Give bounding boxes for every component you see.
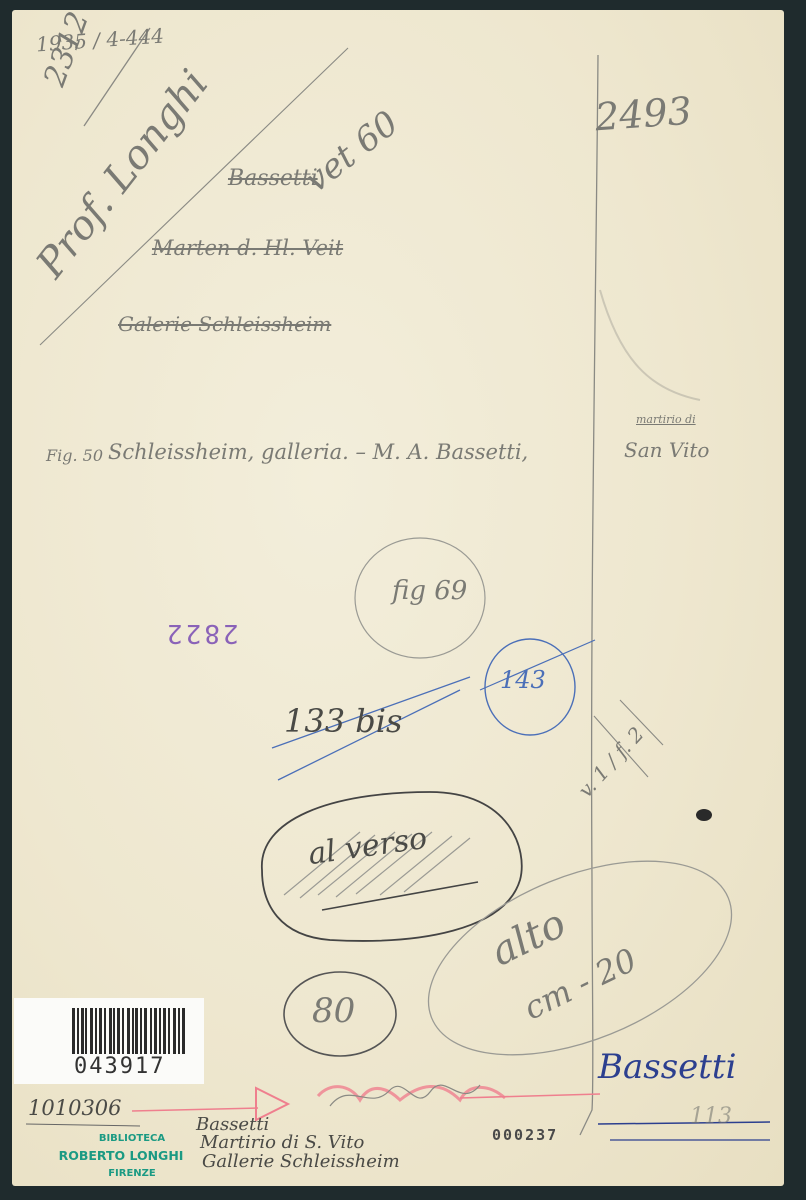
number-2493: 2493 <box>594 92 693 137</box>
barcode-number: 043917 <box>74 1054 198 1079</box>
library-stamp-line1: BIBLIOTECA <box>72 1133 192 1144</box>
blue-signature-bassetti: Bassetti <box>598 1050 736 1084</box>
barcode-bars <box>72 1008 194 1054</box>
struck-martyrdom-line: Marten d. Hl. Veit <box>152 238 343 259</box>
circled-fig-69: fig 69 <box>392 578 467 604</box>
fig-label: Fig. 50 <box>46 448 103 464</box>
inventory-number: 1010306 <box>28 1098 122 1119</box>
struck-bassetti: Bassetti <box>228 168 318 190</box>
blue-circled-143: 143 <box>500 668 546 692</box>
caption-text: Schleissheim, galleria. – M. A. Bassetti… <box>108 442 528 463</box>
caption-saint: San Vito <box>624 440 709 460</box>
struck-133-bis: 133 bis <box>284 705 402 737</box>
barcode-label: 043917 <box>14 998 204 1084</box>
purple-stamp-number: 2822 <box>164 620 239 646</box>
caption-insert: martirio di <box>636 414 696 425</box>
circled-80: 80 <box>312 994 355 1028</box>
struck-gallery-line: Galerie Schleissheim <box>118 314 331 334</box>
serial-stamp: 000237 <box>492 1126 558 1144</box>
bottom-note-gallery: Gallerie Schleissheim <box>202 1153 400 1171</box>
library-stamp-line3: FIRENZE <box>72 1168 192 1179</box>
faint-number: 113 <box>690 1106 732 1128</box>
library-stamp-line2: ROBERTO LONGHI <box>46 1148 196 1163</box>
bottom-note-title: Martirio di S. Vito <box>200 1134 364 1152</box>
